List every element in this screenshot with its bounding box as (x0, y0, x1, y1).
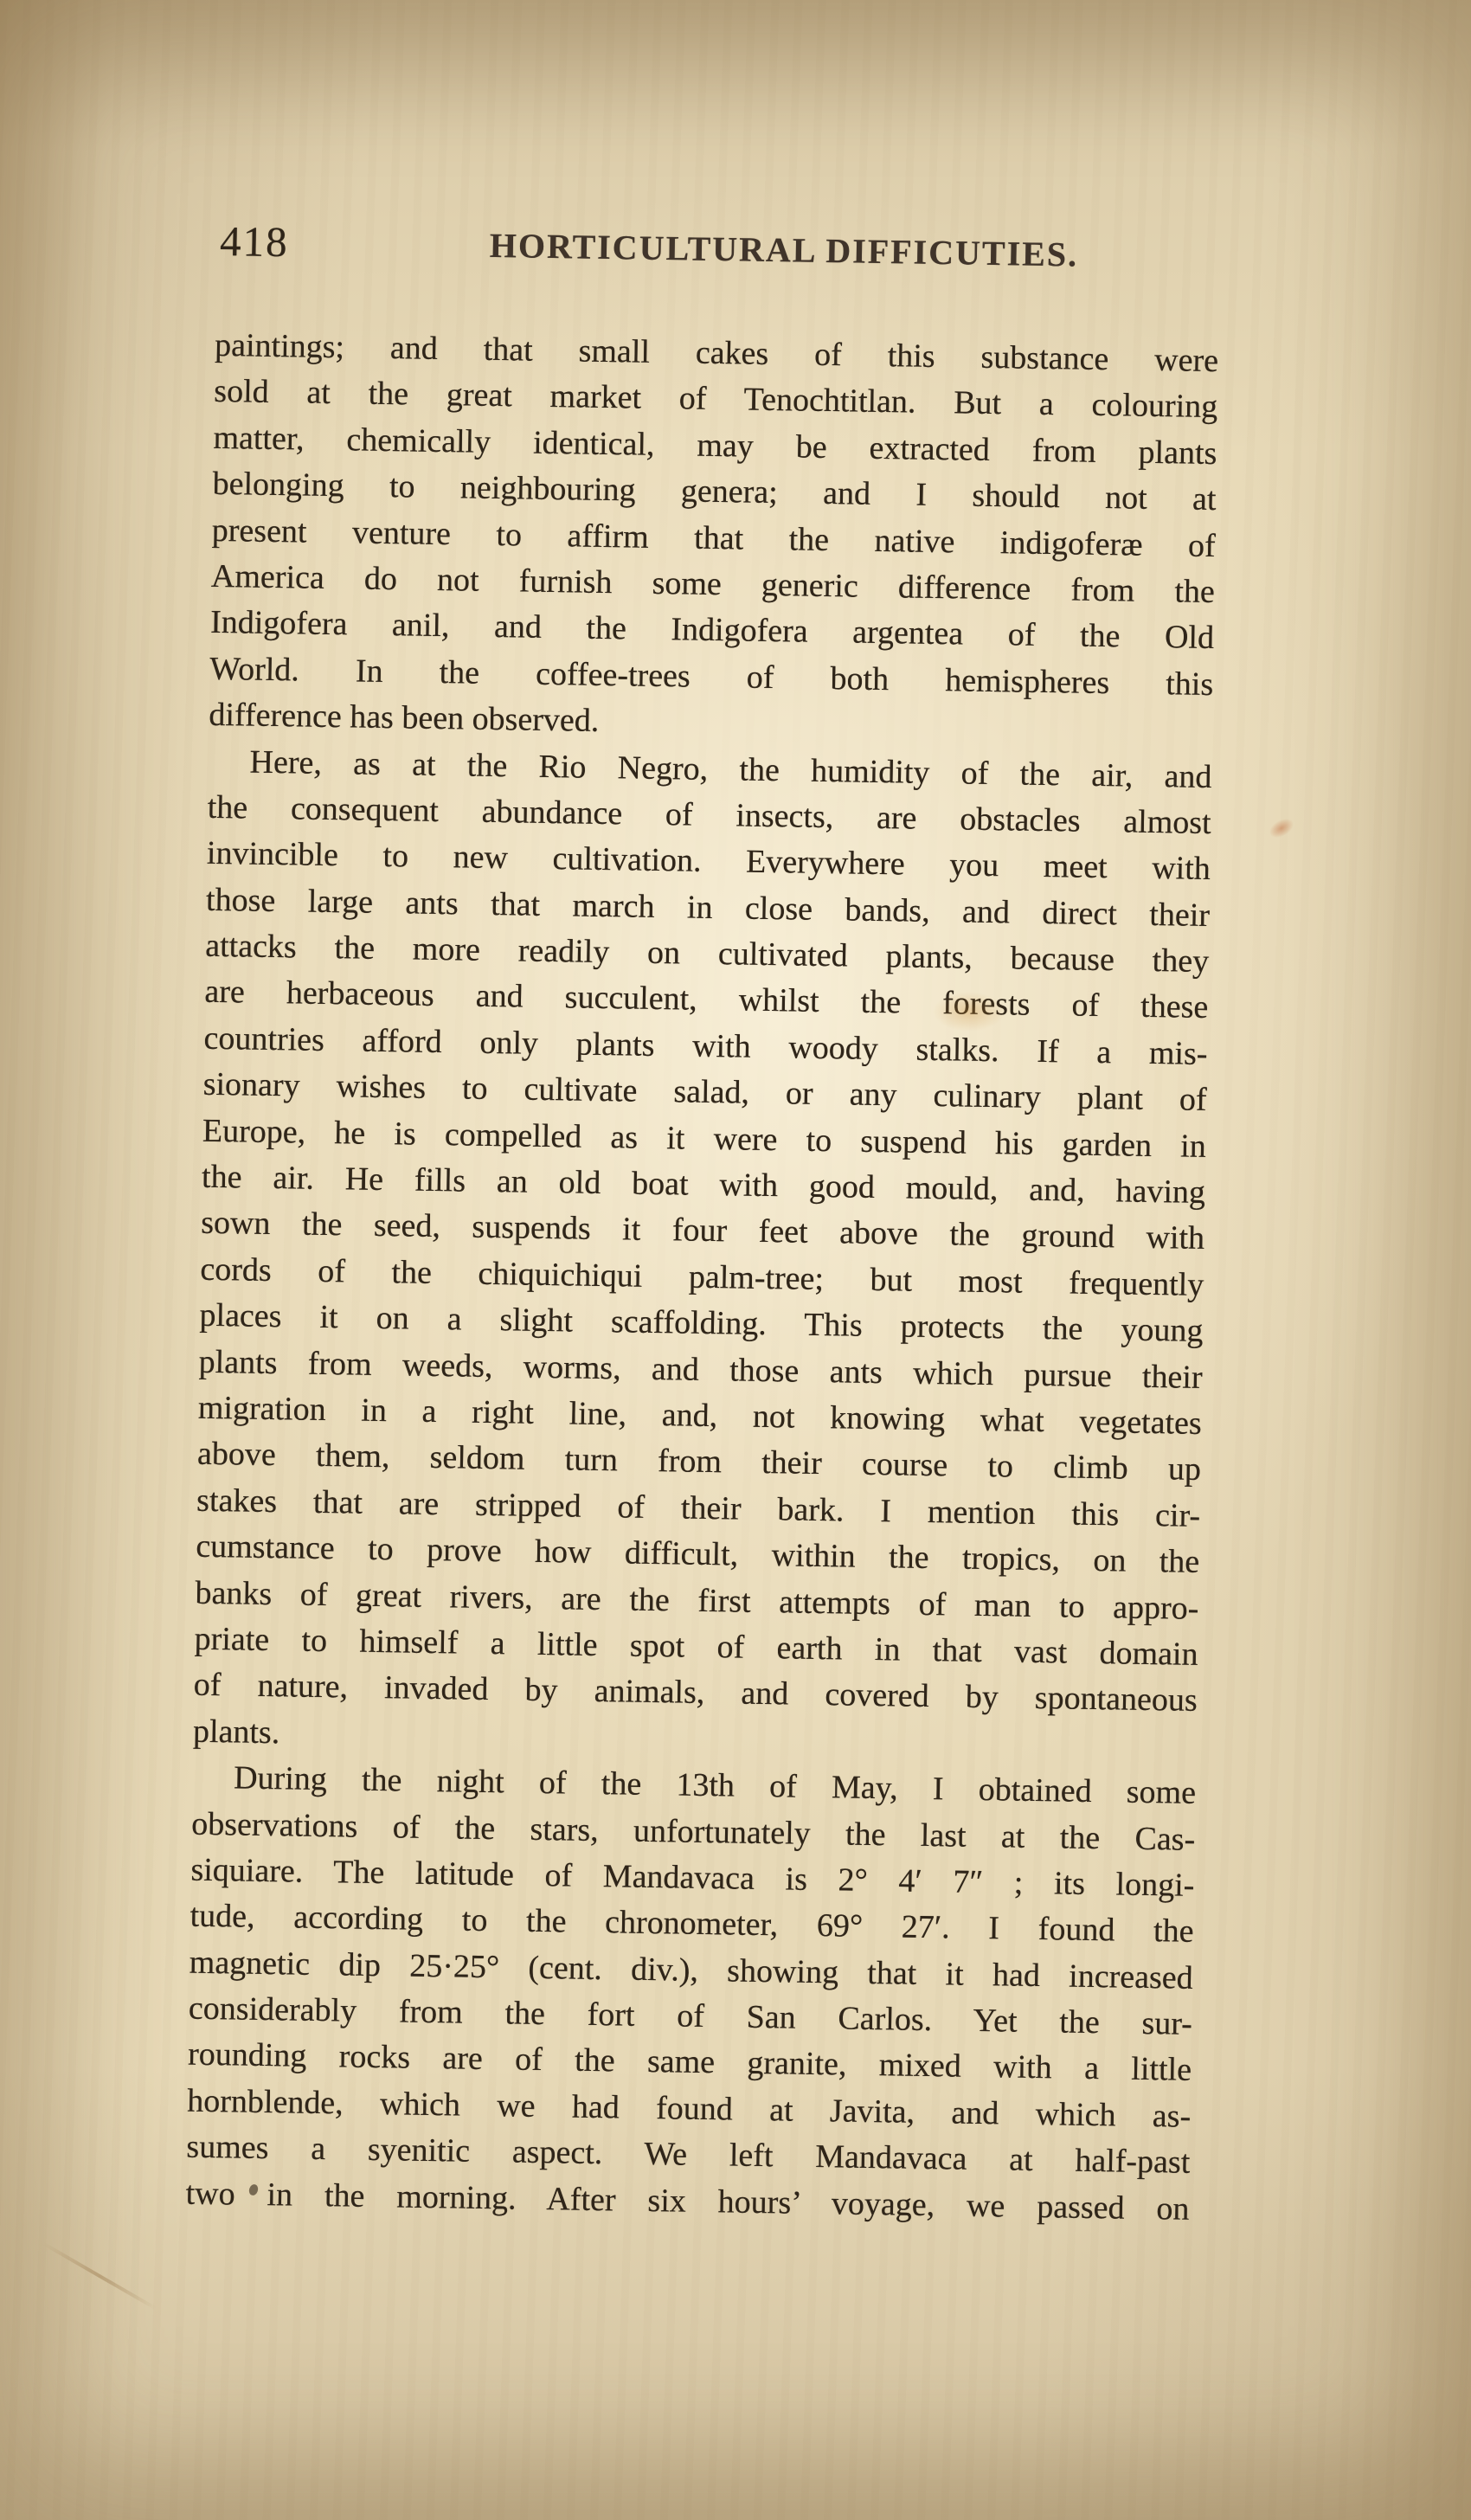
stain-mark (933, 992, 1005, 1032)
page-number: 418 (220, 217, 289, 267)
page-body: paintings; and that small cakes of this … (185, 323, 1218, 2233)
paper-crease (42, 2242, 157, 2310)
running-title: HORTICULTURAL DIFFICUTIES. (282, 218, 1287, 282)
page-header: 418 HORTICULTURAL DIFFICUTIES. (216, 217, 1221, 281)
book-page-scan: 418 HORTICULTURAL DIFFICUTIES. paintings… (0, 0, 1471, 2520)
stain-mark (1267, 815, 1297, 842)
printed-text-block: 418 HORTICULTURAL DIFFICUTIES. paintings… (216, 217, 1221, 281)
